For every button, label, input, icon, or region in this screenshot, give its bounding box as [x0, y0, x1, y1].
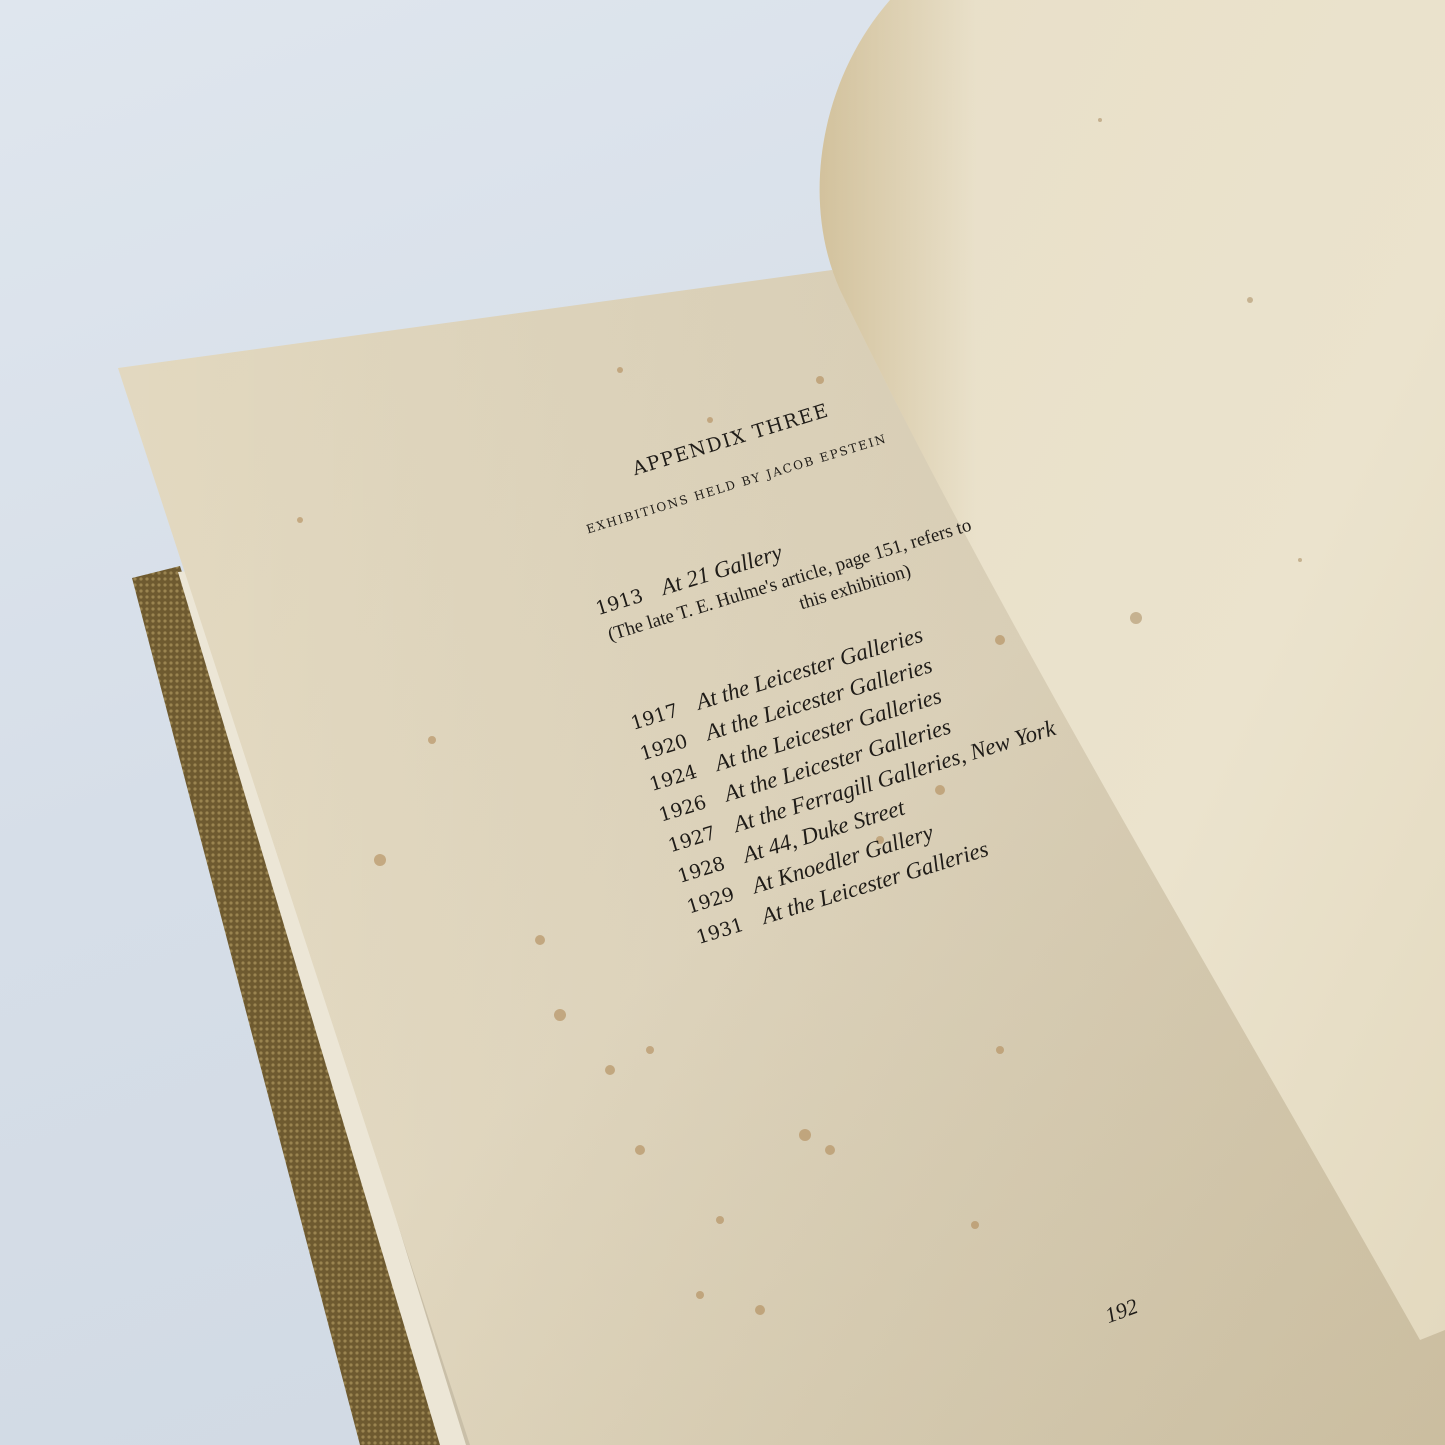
book-photo: APPENDIX THREE EXHIBITIONS HELD BY JACOB…	[0, 0, 1445, 1445]
